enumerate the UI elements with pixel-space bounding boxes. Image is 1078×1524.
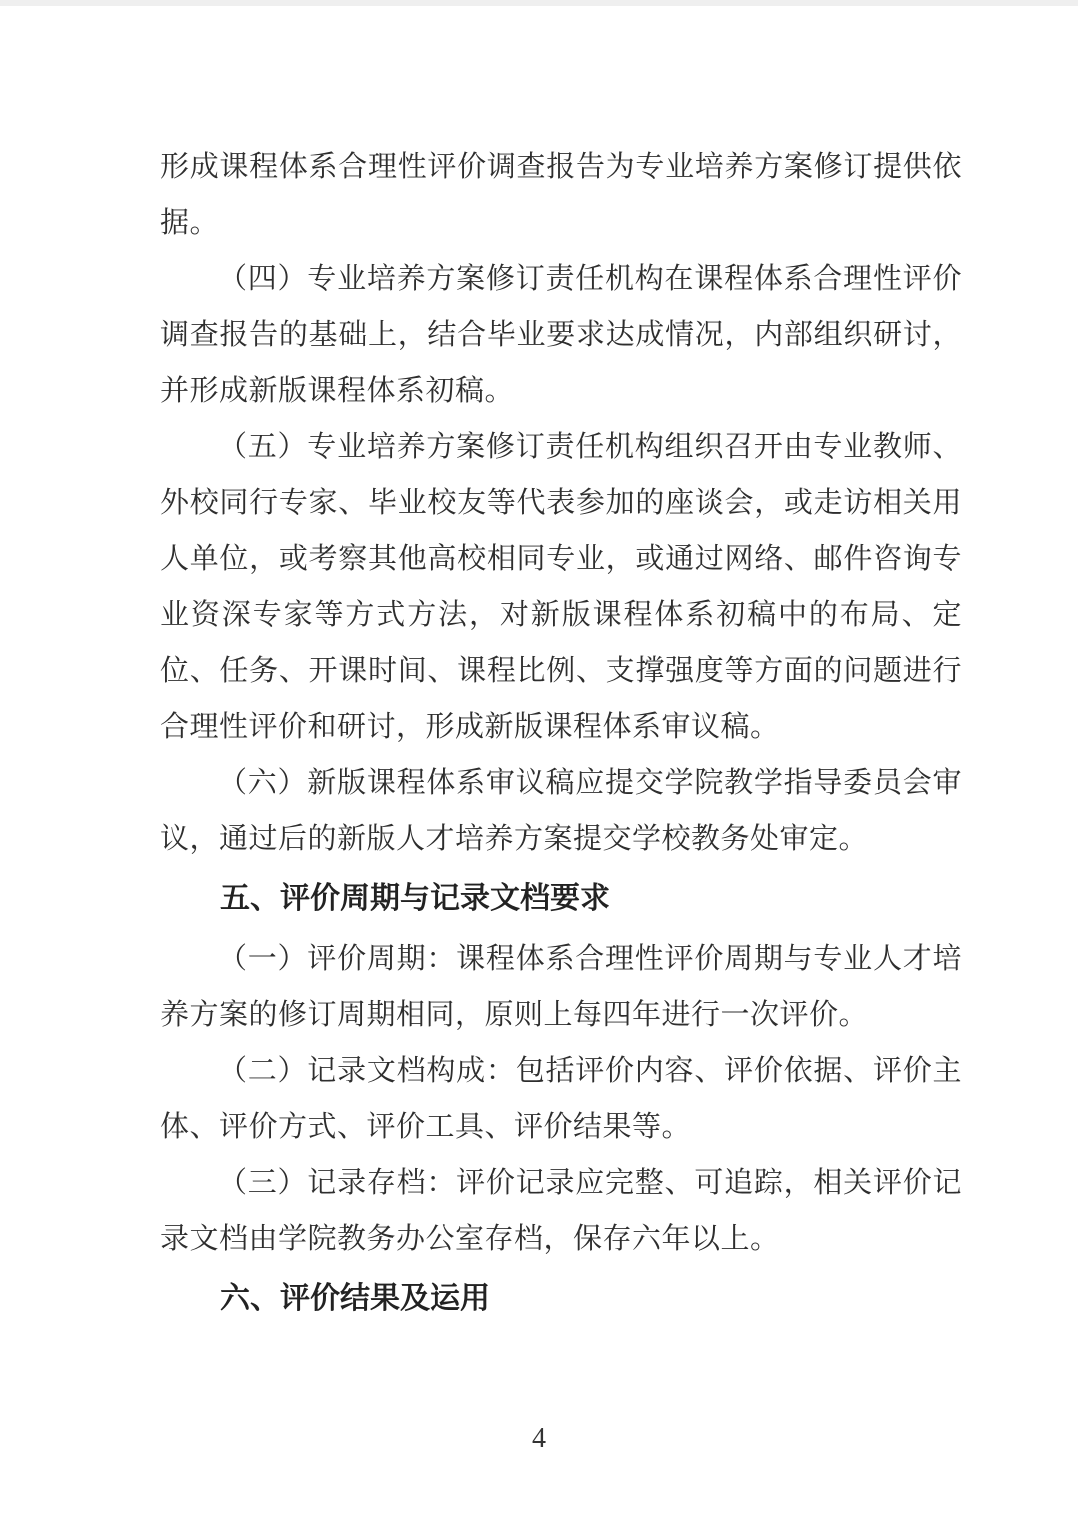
paragraph-item-4: （四）专业培养方案修订责任机构在课程体系合理性评价调查报告的基础上，结合毕业要求…	[160, 251, 962, 419]
section-heading-evaluation-results: 六、评价结果及运用	[160, 1271, 962, 1327]
paragraph-item-1: （一）评价周期：课程体系合理性评价周期与专业人才培养方案的修订周期相同，原则上每…	[160, 931, 962, 1043]
document-page: 形成课程体系合理性评价调查报告为专业培养方案修订提供依据。 （四）专业培养方案修…	[0, 0, 1078, 1524]
section-heading-evaluation-cycle: 五、评价周期与记录文档要求	[160, 871, 962, 927]
paragraph-item-5: （五）专业培养方案修订责任机构组织召开由专业教师、外校同行专家、毕业校友等代表参…	[160, 419, 962, 755]
paragraph-continuation: 形成课程体系合理性评价调查报告为专业培养方案修订提供依据。	[160, 139, 962, 251]
page-number: 4	[532, 1423, 546, 1454]
paragraph-item-3: （三）记录存档：评价记录应完整、可追踪，相关评价记录文档由学院教务办公室存档，保…	[160, 1155, 962, 1267]
paragraph-item-6: （六）新版课程体系审议稿应提交学院教学指导委员会审议，通过后的新版人才培养方案提…	[160, 755, 962, 867]
paragraph-item-2: （二）记录文档构成：包括评价内容、评价依据、评价主体、评价方式、评价工具、评价结…	[160, 1043, 962, 1155]
page-footer: 4	[0, 1422, 1078, 1456]
scan-edge-artifact	[0, 0, 1078, 6]
document-body: 形成课程体系合理性评价调查报告为专业培养方案修订提供依据。 （四）专业培养方案修…	[160, 139, 962, 1331]
